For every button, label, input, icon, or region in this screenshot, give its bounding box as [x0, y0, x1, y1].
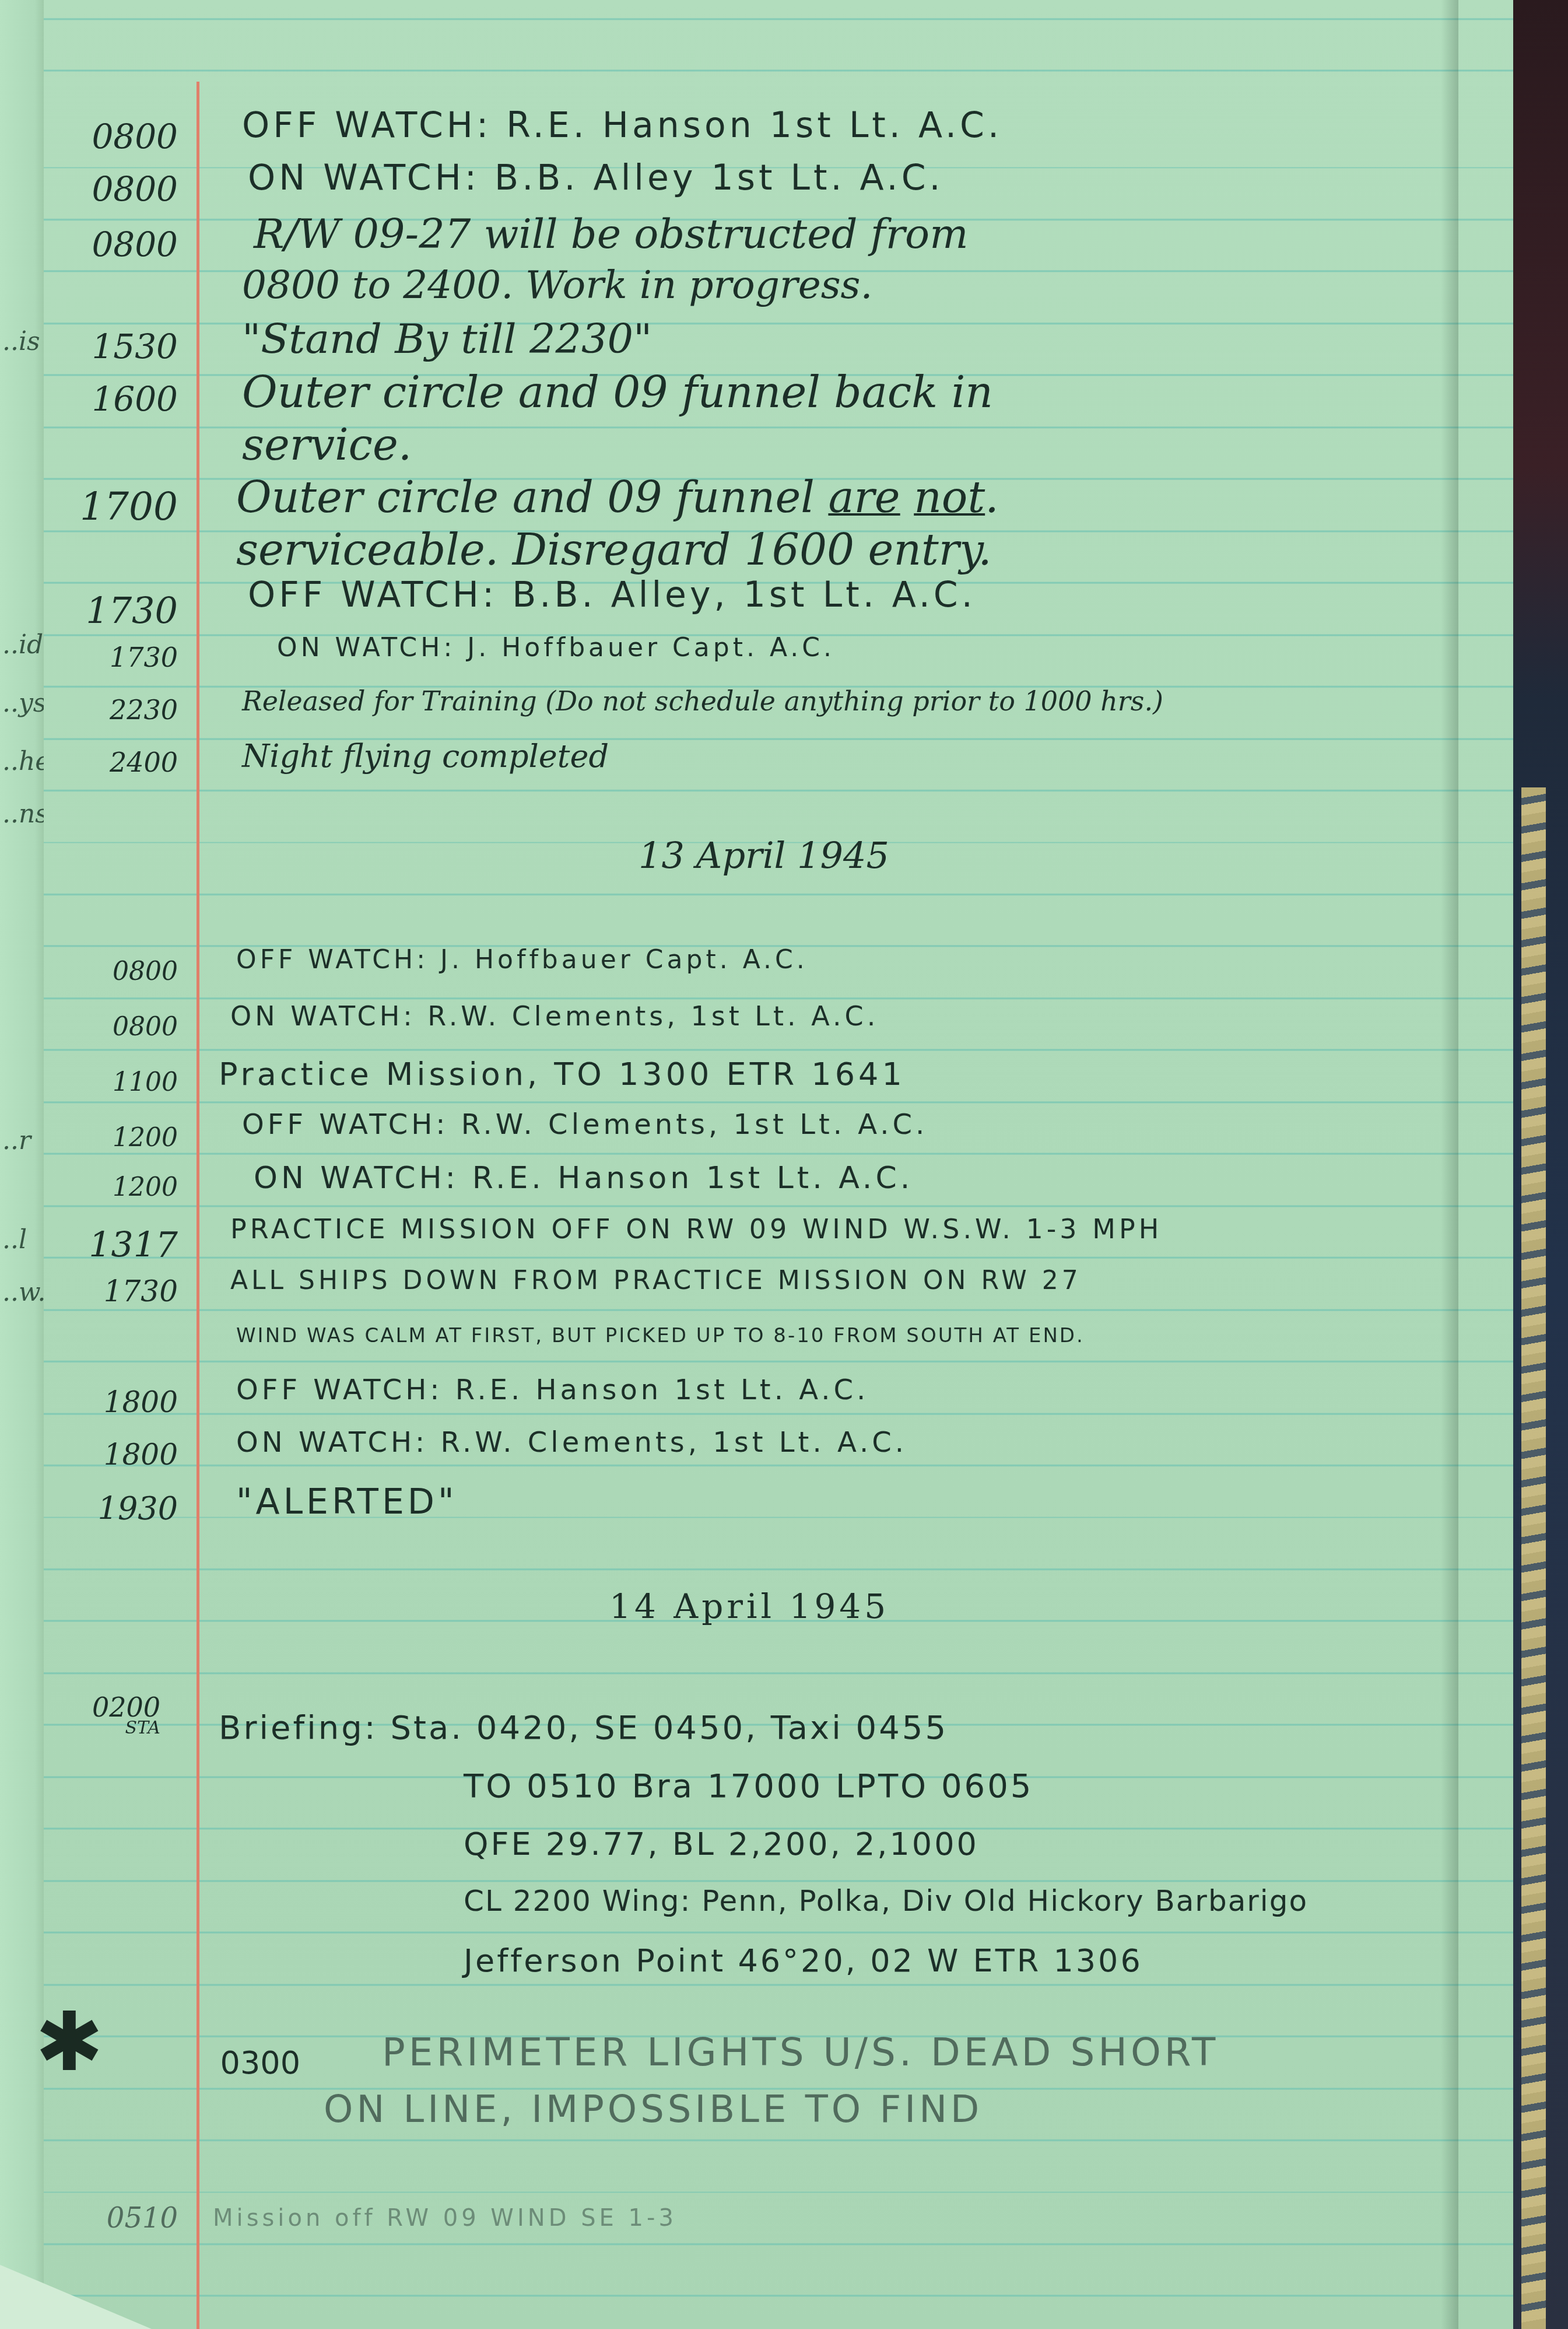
entry-text: Jefferson Point 46°20, 02 W ETR 1306: [464, 1942, 1143, 1979]
prev-page-fragment: ..id: [2, 630, 43, 660]
entry-text: Outer circle and 09 funnel are not.: [236, 472, 999, 523]
entry-text: Outer circle and 09 funnel back in: [242, 367, 993, 418]
entry-time: 2400: [61, 747, 178, 778]
entry-text: ON WATCH: R.W. Clements, 1st Lt. A.C.: [230, 1000, 879, 1032]
entry-text: ON LINE, IMPOSSIBLE TO FIND: [324, 2088, 983, 2131]
log-page: 0800 OFF WATCH: R.E. Hanson 1st Lt. A.C.…: [44, 0, 1513, 2329]
date-heading: 14 April 1945: [609, 1586, 889, 1626]
entry-text: Briefing: Sta. 0420, SE 0450, Taxi 0455: [219, 1709, 948, 1747]
entry-text: ON WATCH: R.W. Clements, 1st Lt. A.C.: [236, 1426, 907, 1459]
entry-time: 1730: [61, 589, 178, 632]
entry-text: WIND WAS CALM AT FIRST, BUT PICKED UP TO…: [236, 1324, 1085, 1347]
margin-line: [197, 82, 199, 2329]
entry-text: Night flying completed: [242, 738, 609, 775]
prev-page-fragment: ..he: [2, 747, 50, 776]
previous-page-edge: ..is ..id ..ys ..he ..ns ..r ..l ..w.: [0, 0, 45, 2329]
entry-time: 0300: [184, 2044, 300, 2081]
margin-asterisk-mark: ✱: [35, 1995, 103, 2090]
entry-time: 1200: [61, 1123, 178, 1153]
prev-page-fragment: ..ns: [2, 799, 48, 829]
book-cover-binding: [1513, 0, 1568, 2329]
folded-corner: [0, 2265, 152, 2329]
date-heading: 13 April 1945: [639, 834, 889, 877]
entry-text: Released for Training (Do not schedule a…: [242, 685, 1163, 717]
entry-text: "ALERTED": [236, 1482, 458, 1522]
entry-text: PRACTICE MISSION OFF ON RW 09 WIND W.S.W…: [230, 1213, 1162, 1245]
entry-text: CL 2200 Wing: Penn, Polka, Div Old Hicko…: [464, 1884, 1308, 1918]
entry-text: ON WATCH: B.B. Alley 1st Lt. A.C.: [248, 157, 944, 198]
entry-text: ON WATCH: J. Hoffbauer Capt. A.C.: [277, 633, 835, 663]
entry-text: ON WATCH: R.E. Hanson 1st Lt. A.C.: [254, 1161, 913, 1196]
entry-text: R/W 09-27 will be obstructed from: [254, 210, 969, 258]
entry-time: 1317: [61, 1225, 178, 1266]
entry-text: TO 0510 Bra 17000 LPTO 0605: [464, 1767, 1033, 1805]
entry-text: OFF WATCH: J. Hoffbauer Capt. A.C.: [236, 945, 808, 975]
entry-time: 1200: [61, 1172, 178, 1202]
entry-time: 0800: [61, 957, 178, 986]
entry-time: 1730: [61, 1274, 178, 1308]
entry-text: serviceable. Disregard 1600 entry.: [236, 525, 992, 575]
prev-page-fragment: ..r: [2, 1126, 31, 1155]
entry-text: OFF WATCH: R.E. Hanson 1st Lt. A.C.: [242, 105, 1002, 146]
entry-text-part: [900, 472, 914, 523]
entry-time: 1100: [61, 1067, 178, 1097]
entry-text: OFF WATCH: R.E. Hanson 1st Lt. A.C.: [236, 1374, 869, 1406]
entry-time-note: STA: [44, 1718, 160, 1738]
entry-text: service.: [242, 420, 412, 470]
entry-text: OFF WATCH: R.W. Clements, 1st Lt. A.C.: [242, 1108, 928, 1141]
prev-page-fragment: ..w.: [2, 1277, 45, 1307]
entry-time: 0510: [61, 2202, 178, 2235]
entry-time: 1930: [61, 1490, 178, 1527]
entry-text-part: Outer circle and 09 funnel: [236, 472, 828, 523]
entry-text-part: .: [985, 472, 999, 523]
entry-text: ALL SHIPS DOWN FROM PRACTICE MISSION ON …: [230, 1266, 1082, 1295]
entry-text: QFE 29.77, BL 2,200, 2,1000: [464, 1826, 979, 1862]
prev-page-fragment: ..is: [2, 327, 40, 356]
underlined-word: are: [828, 472, 900, 523]
underlined-word: not: [914, 472, 985, 523]
entry-time: 1800: [61, 1438, 178, 1472]
entry-time: 0800: [61, 117, 178, 156]
entry-text: OFF WATCH: B.B. Alley, 1st Lt. A.C.: [248, 575, 976, 615]
entry-text: Mission off RW 09 WIND SE 1-3: [213, 2205, 677, 2232]
prev-page-fragment: ..l: [2, 1225, 27, 1255]
entry-time: 1730: [61, 642, 178, 673]
entry-time: 0800: [61, 225, 178, 264]
entry-time: 1800: [61, 1385, 178, 1419]
entry-text: "Stand By till 2230": [242, 315, 652, 363]
entry-time: 2230: [61, 694, 178, 726]
entry-time: 1600: [61, 379, 178, 419]
page-gutter-shadow: [1441, 0, 1458, 2329]
entry-time: 1530: [61, 327, 178, 366]
entry-text: PERIMETER LIGHTS U/S. DEAD SHORT: [382, 2030, 1219, 2075]
entry-time: 0800: [61, 169, 178, 209]
marbled-edge: [1521, 787, 1546, 2329]
entry-time: 0800: [61, 1012, 178, 1042]
entry-text: Practice Mission, TO 1300 ETR 1641: [219, 1056, 906, 1092]
prev-page-fragment: ..ys: [2, 688, 46, 718]
entry-text: 0800 to 2400. Work in progress.: [242, 262, 872, 307]
entry-time: 1700: [61, 484, 178, 529]
